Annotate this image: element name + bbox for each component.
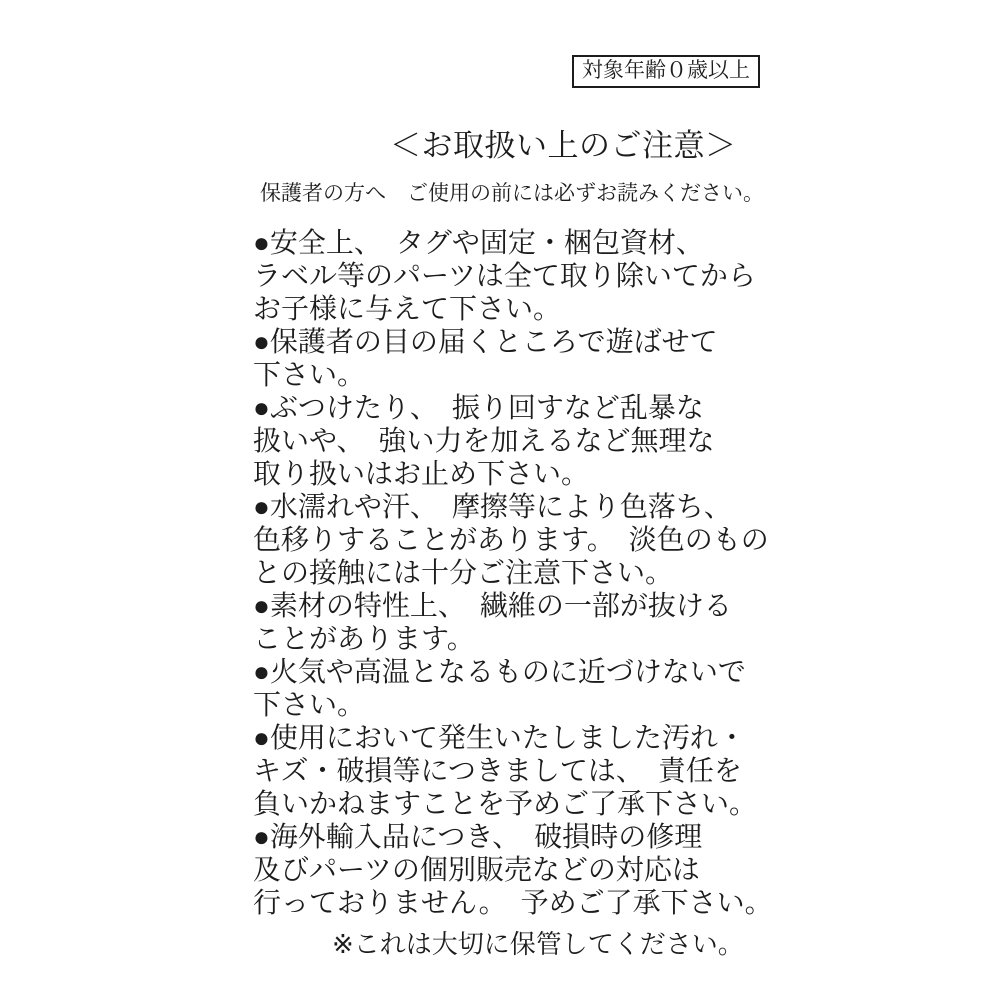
notice-item-fiber-shedding: ●素材の特性上、 繊維の一部が抜ける ことがあります。 [253, 589, 793, 655]
care-instructions-label: 対象年齢０歳以上 ＜お取扱い上のご注意＞ 保護者の方へ ご使用の前には必ずお読み… [0, 0, 1000, 1000]
guardian-notice-subtitle: 保護者の方へ ご使用の前には必ずお読みください。 [260, 177, 764, 207]
notice-item-rough-handling: ●ぶつけたり、 振り回すなど乱暴な 扱いや、 強い力を加えるなど無理な 取り扱い… [253, 391, 793, 490]
notice-item-imported-goods: ●海外輸入品につき、 破損時の修理 及びパーツの個別販売などの対応は 行っており… [253, 820, 793, 919]
keep-this-note: ※これは大切に保管してください。 [332, 924, 744, 961]
notice-item-keep-from-fire: ●火気や高温となるものに近づけないで 下さい。 [253, 655, 793, 721]
notice-list: ●安全上、 タグや固定・梱包資材、 ラベル等のパーツは全て取り除いてから お子様… [253, 226, 793, 919]
notice-item-supervision: ●保護者の目の届くところで遊ばせて 下さい。 [253, 325, 793, 391]
notice-item-remove-packaging: ●安全上、 タグや固定・梱包資材、 ラベル等のパーツは全て取り除いてから お子様… [253, 226, 793, 325]
notice-item-color-transfer: ●水濡れや汗、 摩擦等により色落ち、 色移りすることがあります。 淡色のもの と… [253, 490, 793, 589]
target-age-badge: 対象年齢０歳以上 [572, 55, 760, 88]
notice-item-liability: ●使用において発生いたしました汚れ・ キズ・破損等につきましては、 責任を 負い… [253, 721, 793, 820]
page-title: ＜お取扱い上のご注意＞ [390, 120, 737, 165]
